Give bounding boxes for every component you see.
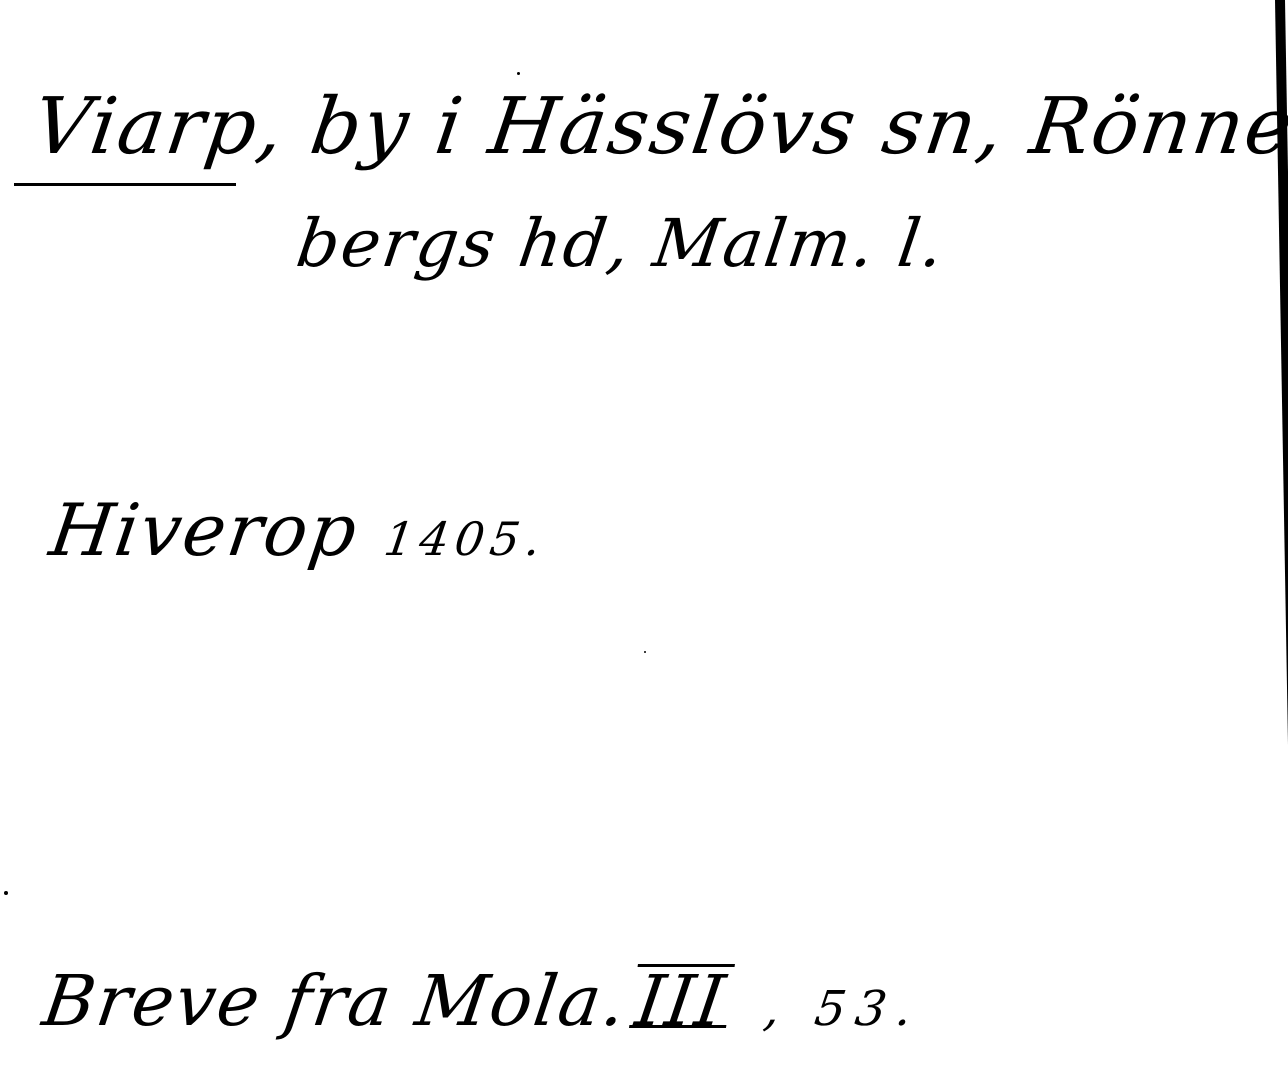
place-name: Viarp <box>28 82 264 172</box>
source-title: Breve fra Mola. <box>38 960 633 1042</box>
index-card: Viarp, by i Hässlövs sn, Rönne- bergs hd… <box>0 0 1288 1069</box>
heading-line-2: bergs hd, Malm. l. <box>292 205 950 282</box>
heading-parish-text: , by i Hässlövs sn, Rönne- <box>252 82 1288 172</box>
place-name-underline <box>14 183 236 186</box>
historical-form-year: 1405. <box>381 512 550 566</box>
source-line: Breve fra Mola.III, 53. <box>38 960 928 1042</box>
heading-line-1: Viarp, by i Hässlövs sn, Rönne- <box>28 82 1288 172</box>
historical-form: Hiverop <box>45 488 364 572</box>
scan-speck <box>644 651 646 653</box>
historical-form-line: Hiverop1405. <box>45 488 553 572</box>
scan-speck <box>517 72 520 75</box>
source-page: , 53. <box>761 981 926 1037</box>
card-edge-border <box>1275 0 1288 1069</box>
source-volume: III <box>631 960 731 1042</box>
scan-speck <box>4 891 8 895</box>
